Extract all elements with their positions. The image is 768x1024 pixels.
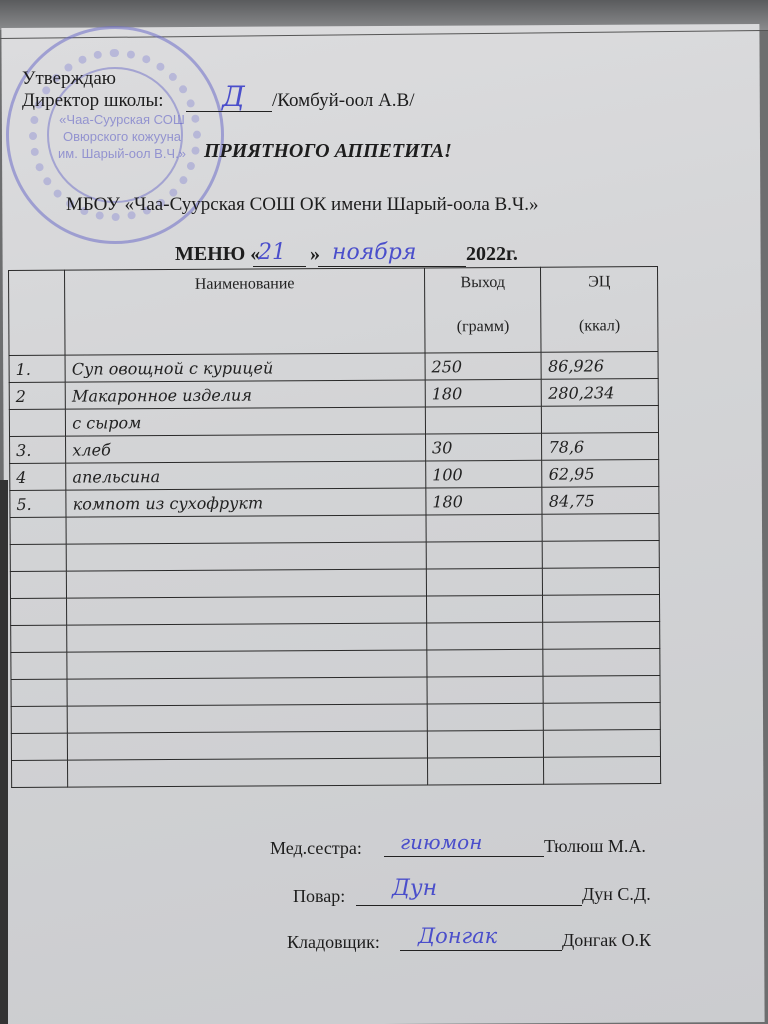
cook-signature: Дун xyxy=(392,876,437,901)
row-dish-name xyxy=(68,731,428,760)
menu-month: ноября xyxy=(332,240,416,265)
row-yield xyxy=(425,406,542,434)
stamp-line-1: «Чаа-Суурская СОШ xyxy=(57,111,187,128)
header-name: Наименование xyxy=(65,268,425,355)
row-number xyxy=(10,517,66,544)
header-yield-label: Выход xyxy=(425,274,541,293)
row-number xyxy=(10,544,66,571)
cook-role: Повар: xyxy=(293,886,345,907)
header-energy-unit: (ккал) xyxy=(542,317,658,336)
storekeeper-role: Кладовщик: xyxy=(287,932,380,953)
table-row xyxy=(11,595,660,626)
menu-day: 21 xyxy=(258,240,286,265)
row-yield xyxy=(427,649,544,677)
header-name-label: Наименование xyxy=(65,274,424,294)
table-row xyxy=(11,676,660,707)
nurse-signature-line xyxy=(384,856,544,857)
row-energy: 280,234 xyxy=(542,379,659,407)
menu-title-mid: » xyxy=(310,243,320,266)
table-row xyxy=(10,568,659,599)
row-number: 1. xyxy=(9,355,65,382)
row-energy xyxy=(544,703,661,731)
row-dish-name xyxy=(67,677,427,706)
row-energy xyxy=(543,622,660,650)
row-dish-name xyxy=(67,650,427,679)
menu-year: 2022г. xyxy=(466,243,518,266)
row-yield xyxy=(426,595,543,623)
row-yield xyxy=(426,514,543,542)
nurse-role: Мед.сестра: xyxy=(270,838,362,859)
row-number: 2 xyxy=(9,382,65,409)
row-yield xyxy=(427,730,544,758)
row-number xyxy=(10,571,66,598)
row-number: 3. xyxy=(10,436,66,463)
row-yield: 30 xyxy=(425,433,542,461)
row-yield xyxy=(427,676,544,704)
table-row xyxy=(11,703,660,734)
row-dish-name xyxy=(67,623,427,652)
table-row: с сыром xyxy=(9,406,658,437)
row-dish-name: хлеб xyxy=(66,434,426,463)
table-row: 3.хлеб3078,6 xyxy=(10,433,659,464)
row-number xyxy=(11,598,67,625)
row-yield: 180 xyxy=(426,487,543,515)
row-energy xyxy=(543,595,660,623)
stamp-text: «Чаа-Суурская СОШ Овюрского кожууна им. … xyxy=(57,111,187,162)
row-yield xyxy=(426,568,543,596)
menu-table-body: 1.Суп овощной с курицей25086,9262Макарон… xyxy=(9,352,661,788)
row-number xyxy=(11,625,67,652)
director-label: Директор школы: xyxy=(22,90,164,112)
row-dish-name: апельсина xyxy=(66,461,426,490)
table-row: 5.компот из сухофрукт18084,75 xyxy=(10,487,659,518)
row-number xyxy=(11,760,67,787)
storekeeper-name: Донгак О.К xyxy=(562,930,651,951)
nurse-name: Тюлюш М.А. xyxy=(544,836,646,857)
menu-table: Наименование Выход(грамм) ЭЦ(ккал) 1.Суп… xyxy=(8,266,661,788)
row-number xyxy=(11,652,67,679)
row-energy: 84,75 xyxy=(542,487,659,515)
row-energy xyxy=(542,406,659,434)
table-row xyxy=(11,622,660,653)
row-dish-name xyxy=(68,758,428,787)
header-energy-label: ЭЦ xyxy=(541,273,657,292)
day-line xyxy=(253,266,306,267)
paper-edge-shadow xyxy=(0,480,8,1024)
row-energy: 62,95 xyxy=(542,460,659,488)
storekeeper-signature-line xyxy=(400,950,562,951)
row-yield xyxy=(427,622,544,650)
row-dish-name xyxy=(67,704,427,733)
row-energy: 86,926 xyxy=(541,352,658,380)
cook-signature-line xyxy=(356,905,582,906)
table-row: 4апельсина10062,95 xyxy=(10,460,659,491)
row-energy xyxy=(543,676,660,704)
row-yield: 180 xyxy=(425,379,542,407)
row-yield: 250 xyxy=(425,352,542,380)
row-energy xyxy=(543,541,660,569)
header-energy: ЭЦ(ккал) xyxy=(541,267,658,353)
row-yield xyxy=(426,541,543,569)
table-row xyxy=(10,514,659,545)
row-number: 4 xyxy=(10,463,66,490)
row-dish-name: Макаронное изделия xyxy=(65,380,425,409)
director-signature: Д xyxy=(222,80,245,113)
approve-label: Утверждаю xyxy=(22,68,116,90)
table-row: 1.Суп овощной с курицей25086,926 xyxy=(9,352,658,383)
row-dish-name: компот из сухофрукт xyxy=(66,488,426,517)
row-number xyxy=(11,733,67,760)
school-name: МБОУ «Чаа-Суурская СОШ ОК имени Шарый-оо… xyxy=(66,194,539,216)
row-dish-name: с сыром xyxy=(66,407,426,436)
row-yield: 100 xyxy=(426,460,543,488)
row-number xyxy=(11,679,67,706)
table-row: 2Макаронное изделия180280,234 xyxy=(9,379,658,410)
stamp-line-3: им. Шарый-оол В.Ч.» xyxy=(57,145,187,162)
row-energy xyxy=(543,568,660,596)
row-energy xyxy=(544,757,661,785)
table-row xyxy=(11,649,660,680)
table-header-row: Наименование Выход(грамм) ЭЦ(ккал) xyxy=(9,267,659,356)
row-energy: 78,6 xyxy=(542,433,659,461)
row-number xyxy=(9,409,65,436)
stamp-line-2: Овюрского кожууна xyxy=(57,128,187,145)
row-energy xyxy=(543,649,660,677)
director-name: /Комбуй-оол А.В/ xyxy=(272,90,415,112)
row-dish-name: Суп овощной с курицей xyxy=(65,353,425,382)
row-dish-name xyxy=(67,569,427,598)
row-number xyxy=(11,706,67,733)
nurse-signature: гиюмон xyxy=(400,830,482,854)
greeting: ПРИЯТНОГО АППЕТИТА! xyxy=(204,140,452,163)
row-yield xyxy=(427,703,544,731)
row-dish-name xyxy=(67,596,427,625)
header-yield-unit: (грамм) xyxy=(425,318,541,337)
row-dish-name xyxy=(66,515,426,544)
cook-name: Дун С.Д. xyxy=(582,884,651,905)
row-energy xyxy=(544,730,661,758)
row-number: 5. xyxy=(10,490,66,517)
storekeeper-signature: Донгак xyxy=(418,924,497,948)
row-energy xyxy=(542,514,659,542)
header-yield: Выход(грамм) xyxy=(424,267,541,353)
header-number xyxy=(9,270,66,355)
table-row xyxy=(11,730,660,761)
row-yield xyxy=(427,757,544,785)
row-dish-name xyxy=(66,542,426,571)
menu-title-prefix: МЕНЮ « xyxy=(175,243,260,266)
table-row xyxy=(11,757,660,788)
table-row xyxy=(10,541,659,572)
